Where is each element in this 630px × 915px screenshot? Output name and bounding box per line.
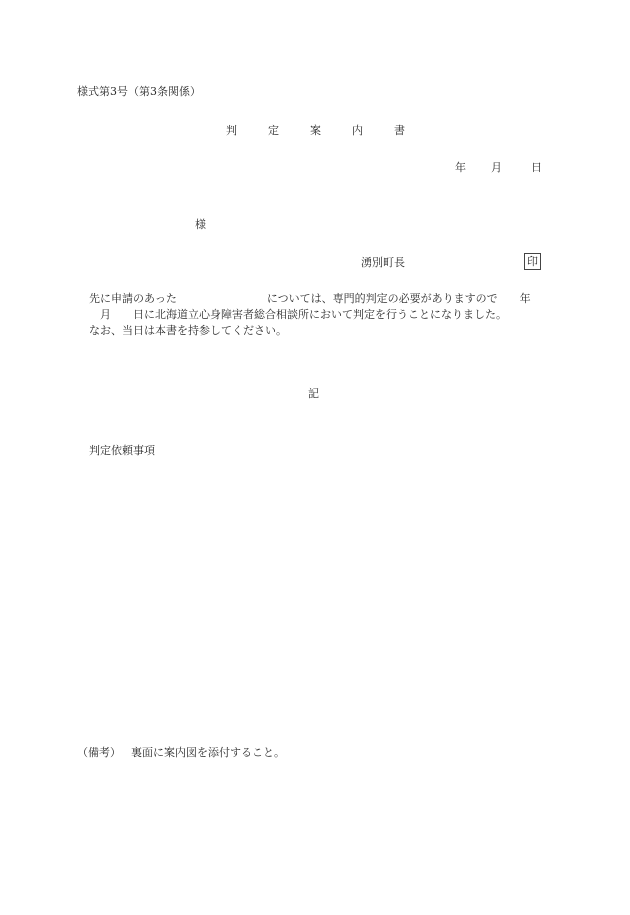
body-text: 先に申請のあった <box>89 292 177 305</box>
addressee-suffix: 様 <box>195 217 206 233</box>
month-label: 月 <box>100 308 111 321</box>
body-line-1: 先に申請のあったについては、専門的判定の必要がありますので年 <box>89 291 531 307</box>
title-char: 内 <box>352 123 394 139</box>
request-items-label: 判定依頼事項 <box>89 443 155 459</box>
title-char: 定 <box>268 123 310 139</box>
year-label: 年 <box>520 292 531 305</box>
title-char: 案 <box>310 123 352 139</box>
body-text: については、専門的判定の必要がありますので <box>267 292 498 305</box>
body-paragraph: 先に申請のあったについては、専門的判定の必要がありますので年 月日に北海道立心身… <box>89 291 531 339</box>
issue-date: 年月日 <box>455 160 542 176</box>
document-title: 判定案内書 <box>226 123 405 139</box>
title-char: 判 <box>226 123 268 139</box>
remarks: （備考）裏面に案内図を添付すること。 <box>77 745 285 761</box>
body-line-2: 月日に北海道立心身障害者総合相談所において判定を行うことになりました。 <box>89 307 531 323</box>
remarks-text: 裏面に案内図を添付すること。 <box>131 746 285 759</box>
date-month-label: 月 <box>491 160 531 176</box>
issuer-name: 湧別町長 <box>361 255 405 271</box>
title-char: 書 <box>394 123 405 139</box>
body-line-3: なお、当日は本書を持参してください。 <box>89 323 531 339</box>
date-year-label: 年 <box>455 160 491 176</box>
remarks-label: （備考） <box>77 746 121 759</box>
date-day-label: 日 <box>531 160 542 176</box>
kigo-heading: 記 <box>308 386 319 402</box>
form-number: 様式第3号（第3条関係） <box>77 84 201 100</box>
body-text: 日に北海道立心身障害者総合相談所において判定を行うことになりました。 <box>133 308 507 321</box>
seal-stamp-icon: 印 <box>524 253 541 270</box>
